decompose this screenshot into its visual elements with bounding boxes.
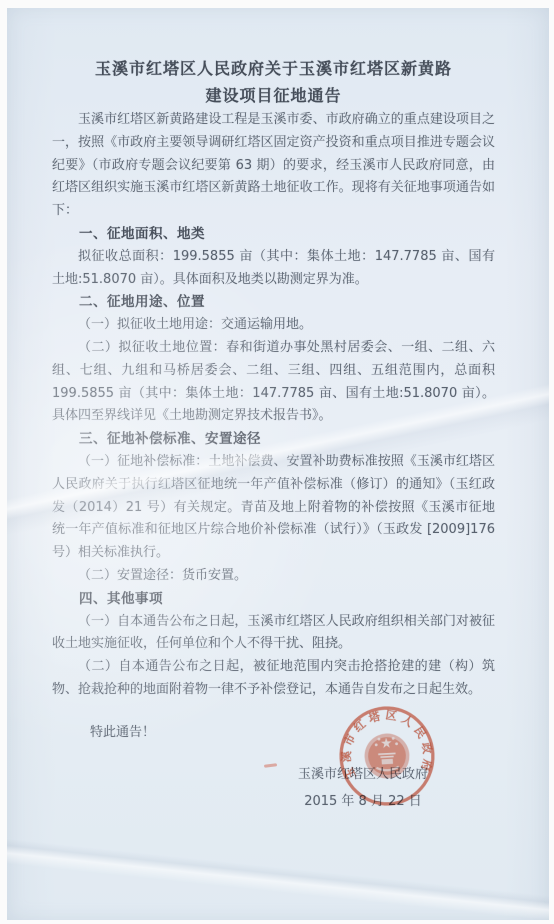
section-3-paragraph-2: （二）安置途径：货币安置。 <box>52 565 495 588</box>
official-seal: 玉溪市红塔区人民政府 <box>333 701 440 810</box>
scanned-paper-sheet: 玉溪市红塔区人民政府关于玉溪市红塔区新黄路 建设项目征地通告 玉溪市红塔区新黄路… <box>7 8 549 920</box>
section-1-paragraph-1: 拟征收总面积：199.5855 亩（其中：集体土地：147.7785 亩、国有土… <box>52 246 495 292</box>
section-4-paragraph-1: （一）自本通告公布之日起，玉溪市红塔区人民政府组织相关部门对被征收土地实施征收，… <box>52 611 495 657</box>
section-3-paragraph-1: （一）征地补偿标准：土地补偿费、安置补助费标准按照《玉溪市红塔区人民政府关于执行… <box>52 451 495 565</box>
document-title: 玉溪市红塔区人民政府关于玉溪市红塔区新黄路 建设项目征地通告 <box>52 8 495 109</box>
section-2-paragraph-2: （二）拟征收土地位置：春和街道办事处黑村居委会、一组、二组、六组、七组、九组和马… <box>52 337 495 428</box>
notice-content: 玉溪市红塔区人民政府关于玉溪市红塔区新黄路 建设项目征地通告 玉溪市红塔区新黄路… <box>7 8 549 920</box>
section-2-paragraph-1: （一）拟征收土地用途：交通运输用地。 <box>52 314 495 337</box>
section-1-heading: 一、征地面积、地类 <box>52 223 495 246</box>
section-4-paragraph-2: （二）自本通告公布之日起，被征地范围内突击抢搭抢建的建（构）筑物、抢栽抢种的地面… <box>52 656 495 702</box>
section-3-heading: 三、征地补偿标准、安置途径 <box>52 428 495 451</box>
title-line-1: 玉溪市红塔区人民政府关于玉溪市红塔区新黄路 <box>52 55 495 82</box>
intro-paragraph: 玉溪市红塔区新黄路建设工程是玉溪市委、市政府确立的重点建设项目之一，按照《市政府… <box>52 109 495 223</box>
closing-statement: 特此通告！ <box>90 722 155 745</box>
section-4-heading: 四、其他事项 <box>52 588 495 611</box>
national-emblem <box>363 732 410 779</box>
section-2-heading: 二、征地用途、位置 <box>52 291 495 314</box>
stray-ink-mark <box>264 763 277 767</box>
title-line-2: 建设项目征地通告 <box>52 82 495 109</box>
